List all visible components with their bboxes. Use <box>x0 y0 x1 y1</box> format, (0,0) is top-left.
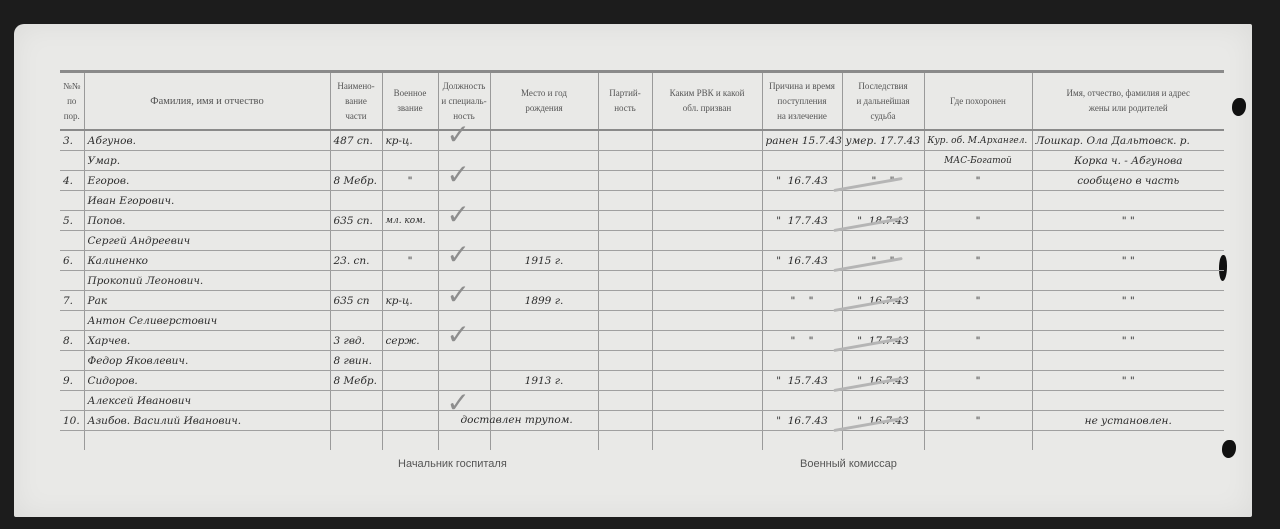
row-number: 7. <box>60 291 84 311</box>
rank <box>382 371 438 391</box>
position-cell: ✓ <box>438 211 490 231</box>
ledger-sheet: №№ по пор. Фамилия, имя и отчество Наиме… <box>60 70 1224 450</box>
col-header-name: Фамилия, имя и отчество <box>84 72 330 131</box>
reason: " 15.7.43 <box>762 371 842 391</box>
relatives-continued: Корка ч. - Абгунова <box>1032 151 1224 171</box>
table-row-continuation: Антон Селиверстович <box>60 311 1224 331</box>
given-names: Умар. <box>84 151 330 171</box>
unit: 635 сп. <box>330 211 382 231</box>
outcome: " 16.7.43 <box>842 411 924 431</box>
outcome: " 16.7.43 <box>842 371 924 391</box>
relatives: " " <box>1032 331 1224 351</box>
table-row: 9. Сидоров. 8 Мебр. 1913 г. " 15.7.43 " … <box>60 371 1224 391</box>
unit: 8 Мебр. <box>330 171 382 191</box>
table-row: 8. Харчев. 3 гвд. серж. ✓ " " " 17.7.43 … <box>60 331 1224 351</box>
relatives: не установлен. <box>1032 411 1224 431</box>
table-row-continuation: Иван Егорович. <box>60 191 1224 211</box>
buried: " <box>924 291 1032 311</box>
outcome-type: умер. <box>846 135 877 147</box>
col-header-reason: Причина и время поступления на излечение <box>762 72 842 131</box>
signature-military-commissar: Военный комиссар <box>800 458 897 470</box>
given-names: Иван Егорович. <box>84 191 330 211</box>
buried-continued: МАС-Богатой <box>924 151 1032 171</box>
surname: Сидоров. <box>84 371 330 391</box>
rank: мл. ком. <box>382 211 438 231</box>
buried: " <box>924 171 1032 191</box>
checkmark-icon: ✓ <box>447 241 470 269</box>
col-header-birth: Место и год рождения <box>490 72 598 131</box>
reason: " 16.7.43 <box>762 171 842 191</box>
relatives: " " <box>1032 251 1224 271</box>
position-cell: ✓ <box>438 291 490 311</box>
table-row: 5. Попов. 635 сп. мл. ком. ✓ " 17.7.43 "… <box>60 211 1224 231</box>
col-header-relatives: Имя, отчество, фамилия и адрес жены или … <box>1032 72 1224 131</box>
relatives: " " <box>1032 211 1224 231</box>
unit: 8 Мебр. <box>330 371 382 391</box>
party <box>598 130 652 151</box>
relatives: сообщено в часть <box>1032 171 1224 191</box>
birth: 1913 г. <box>490 371 598 391</box>
outcome: " 16.7.43 <box>842 291 924 311</box>
birth: 1915 г. <box>490 251 598 271</box>
row-number: 9. <box>60 371 84 391</box>
table-row: 3. Абгунов. 487 сп. кр-ц. ✓ ранен 15.7.4… <box>60 130 1224 151</box>
surname: Калиненко <box>84 251 330 271</box>
unit: 487 сп. <box>330 130 382 151</box>
unit: 23. сп. <box>330 251 382 271</box>
birth <box>490 171 598 191</box>
reason: " 16.7.43 <box>762 411 842 431</box>
records-table: №№ по пор. Фамилия, имя и отчество Наиме… <box>60 70 1224 450</box>
table-row-continuation: Сергей Андреевич <box>60 231 1224 251</box>
given-names: Прокопий Леонович. <box>84 271 330 291</box>
col-header-outcome: Последствия и дальнейшая судьба <box>842 72 924 131</box>
checkmark-icon: ✓ <box>447 201 470 229</box>
reason: " " <box>762 291 842 311</box>
row-number: 4. <box>60 171 84 191</box>
rvk <box>652 130 762 151</box>
col-header-buried: Где похоронен <box>924 72 1032 131</box>
outcome: " " <box>842 251 924 271</box>
buried: " <box>924 331 1032 351</box>
reason: " " <box>762 331 842 351</box>
outcome: " 17.7.43 <box>842 331 924 351</box>
given-names: Алексей Иванович <box>84 391 330 411</box>
position-cell: ✓ <box>438 391 490 411</box>
rank: " <box>382 171 438 191</box>
buried: " <box>924 211 1032 231</box>
birth: 1899 г. <box>490 291 598 311</box>
table-row-continuation: Федор Яковлевич. 8 гвин. <box>60 351 1224 371</box>
table-row: 7. Рак 635 сп кр-ц. ✓ 1899 г. " " " 16.7… <box>60 291 1224 311</box>
rank: серж. <box>382 331 438 351</box>
surname: Абгунов. <box>84 130 330 151</box>
outcome: " 18.7.43 <box>842 211 924 231</box>
reason: ранен 15.7.43 <box>762 130 842 151</box>
buried: " <box>924 371 1032 391</box>
row-number: 3. <box>60 130 84 151</box>
given-names: Антон Селиверстович <box>84 311 330 331</box>
rank <box>382 411 438 431</box>
unit <box>330 411 382 431</box>
birth <box>490 211 598 231</box>
reason-type: ранен <box>766 135 799 147</box>
table-row: 4. Егоров. 8 Мебр. " ✓ " 16.7.43 " " " с… <box>60 171 1224 191</box>
unit-continued: 8 гвин. <box>330 351 382 371</box>
surname: Егоров. <box>84 171 330 191</box>
surname: Азибов. Василий Иванович. <box>84 411 330 431</box>
surname: Попов. <box>84 211 330 231</box>
birth <box>490 130 598 151</box>
checkmark-icon: ✓ <box>447 161 470 189</box>
col-header-num: №№ по пор. <box>60 72 84 131</box>
col-header-party: Партий- ность <box>598 72 652 131</box>
signature-hospital-chief: Начальник госпиталя <box>398 458 507 470</box>
birth: доставлен трупом. <box>490 411 598 431</box>
row-number: 5. <box>60 211 84 231</box>
checkmark-icon: ✓ <box>447 121 470 149</box>
rank: " <box>382 251 438 271</box>
position-cell: ✓ <box>438 331 490 351</box>
reason: " 16.7.43 <box>762 251 842 271</box>
reason-date: 15.7.43 <box>802 135 842 147</box>
row-number: 10. <box>60 411 84 431</box>
row-number: 6. <box>60 251 84 271</box>
table-row-continuation <box>60 431 1224 451</box>
header-row: №№ по пор. Фамилия, имя и отчество Наиме… <box>60 72 1224 131</box>
surname: Харчев. <box>84 331 330 351</box>
buried: " <box>924 251 1032 271</box>
checkmark-icon: ✓ <box>447 321 470 349</box>
table-row-continuation: Умар. МАС-Богатой Корка ч. - Абгунова <box>60 151 1224 171</box>
table-row-continuation: Прокопий Леонович. <box>60 271 1224 291</box>
reason: " 17.7.43 <box>762 211 842 231</box>
table-row-continuation: Алексей Иванович ✓ <box>60 391 1224 411</box>
relatives: " " <box>1032 371 1224 391</box>
buried: Кур. об. М.Архангел. <box>924 130 1032 151</box>
relatives: " " <box>1032 291 1224 311</box>
checkmark-icon: ✓ <box>447 281 470 309</box>
position-cell: ✓ <box>438 171 490 191</box>
rank: кр-ц. <box>382 130 438 151</box>
col-header-unit: Наимено- вание части <box>330 72 382 131</box>
surname: Рак <box>84 291 330 311</box>
row-number: 8. <box>60 331 84 351</box>
col-header-rank: Военное звание <box>382 72 438 131</box>
rank: кр-ц. <box>382 291 438 311</box>
col-header-rvk: Каким РВК и какой обл. призван <box>652 72 762 131</box>
given-names: Сергей Андреевич <box>84 231 330 251</box>
position-cell: ✓ <box>438 130 490 151</box>
given-names: Федор Яковлевич. <box>84 351 330 371</box>
outcome-date: 17.7.43 <box>880 135 920 147</box>
outcome: умер. 17.7.43 <box>842 130 924 151</box>
birth <box>490 331 598 351</box>
table-row: 6. Калиненко 23. сп. " ✓ 1915 г. " 16.7.… <box>60 251 1224 271</box>
unit: 635 сп <box>330 291 382 311</box>
table-row: 10. Азибов. Василий Иванович. доставлен … <box>60 411 1224 431</box>
relatives: Лошкар. Ола Дальтовск. р. <box>1032 130 1224 151</box>
outcome: " " <box>842 171 924 191</box>
buried: " <box>924 411 1032 431</box>
unit: 3 гвд. <box>330 331 382 351</box>
position-cell: ✓ <box>438 251 490 271</box>
